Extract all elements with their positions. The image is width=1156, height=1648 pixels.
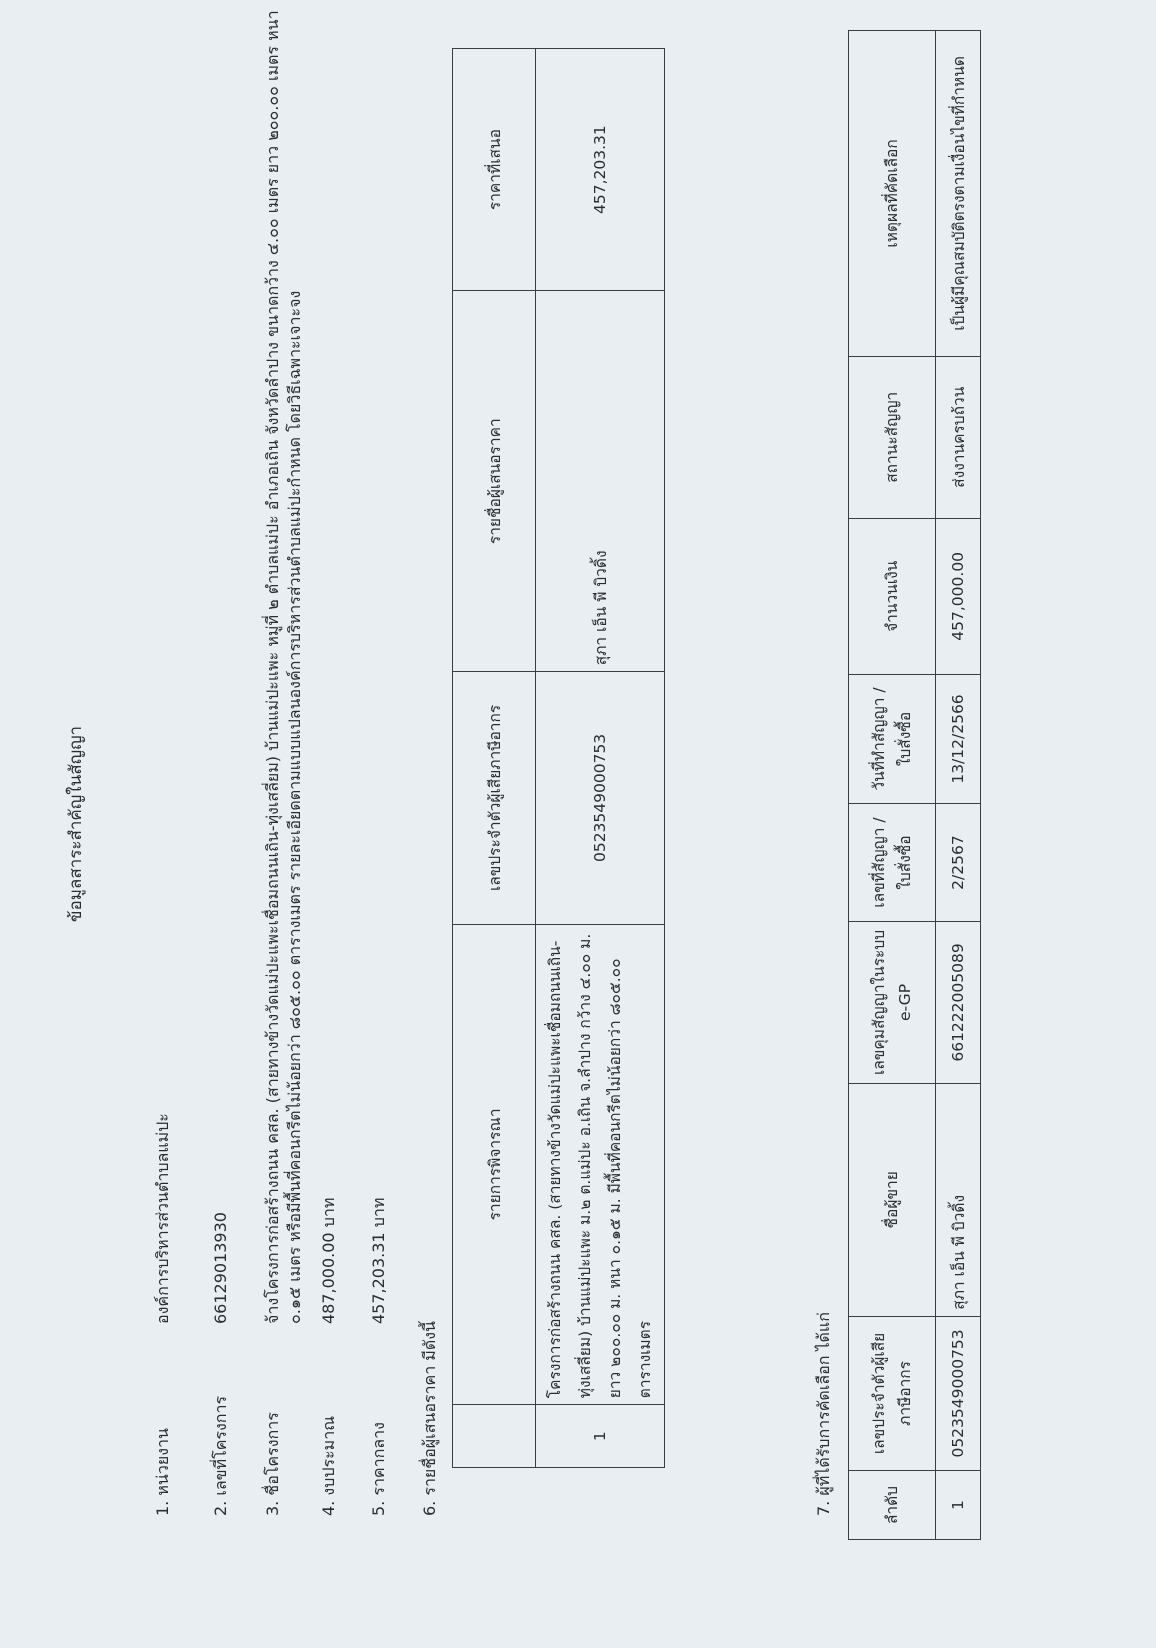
section6-heading: 6. รายชื่อผู้เสนอราคา มีดังนี้ bbox=[418, 1321, 443, 1516]
col-header: ชื่อผู้ขาย bbox=[849, 1083, 936, 1316]
table-row: 1 0523549000753 สุภา เอ็น พี บิวดิ้ง 661… bbox=[936, 31, 981, 1540]
col-header bbox=[453, 1405, 536, 1468]
selected-vendor-table: ลำดับ เลขประจำตัวผู้เสียภาษีอากร ชื่อผู้… bbox=[848, 30, 981, 1540]
cell-index: 1 bbox=[936, 1471, 981, 1540]
cell-vendor-name: สุภา เอ็น พี บิวดิ้ง bbox=[936, 1083, 981, 1316]
info-value: องค์การบริหารส่วนตำบลแม่ปะ bbox=[152, 0, 174, 1324]
section7-heading: 7. ผู้ที่ได้รับการคัดเลือก ได้แก่ bbox=[812, 1312, 837, 1516]
bidders-table: รายการพิจารณา เลขประจำตัวผู้เสียภาษีอากร… bbox=[452, 48, 665, 1468]
col-header: รายการพิจารณา bbox=[453, 924, 536, 1405]
col-header: จำนวนเงิน bbox=[849, 518, 936, 674]
cell-bidder-name: สุภา เอ็น พี บิวดิ้ง bbox=[536, 291, 665, 672]
table-row: 1 โครงการก่อสร้างถนน คสล. (สายทางข้างวัด… bbox=[536, 49, 665, 1468]
col-header: เลขประจำตัวผู้เสียภาษีอากร bbox=[849, 1316, 936, 1470]
cell-bid-price: 457,203.31 bbox=[536, 49, 665, 291]
cell-contract-number: 2/2567 bbox=[936, 804, 981, 922]
table-header-row: รายการพิจารณา เลขประจำตัวผู้เสียภาษีอากร… bbox=[453, 49, 536, 1468]
col-header: เหตุผลที่คัดเลือก bbox=[849, 31, 936, 357]
col-header: ลำดับ bbox=[849, 1471, 936, 1540]
col-header: เลขที่สัญญา / ใบสั่งซื้อ bbox=[849, 804, 936, 922]
cell-description: โครงการก่อสร้างถนน คสล. (สายทางข้างวัดแม… bbox=[536, 924, 665, 1405]
info-label: 1. หน่วยงาน bbox=[152, 1316, 174, 1516]
col-header: เลขประจำตัวผู้เสียภาษีอากร bbox=[453, 672, 536, 924]
cell-contract-date: 13/12/2566 bbox=[936, 675, 981, 804]
cell-contract-status: ส่งงานครบถ้วน bbox=[936, 356, 981, 518]
col-header: สถานะสัญญา bbox=[849, 356, 936, 518]
info-label: 4. งบประมาณ bbox=[318, 1316, 340, 1516]
cell-index: 1 bbox=[536, 1405, 665, 1468]
info-value: 487,000.00 บาท bbox=[318, 0, 340, 1324]
cell-tax-id: 0523549000753 bbox=[936, 1316, 981, 1470]
col-header: ราคาที่เสนอ bbox=[453, 49, 536, 291]
col-header: รายชื่อผู้เสนอราคา bbox=[453, 291, 536, 672]
info-value: 66129013930 bbox=[210, 0, 232, 1324]
table-header-row: ลำดับ เลขประจำตัวผู้เสียภาษีอากร ชื่อผู้… bbox=[849, 31, 936, 1540]
cell-tax-id: 0523549000753 bbox=[536, 672, 665, 924]
info-label: 2. เลขที่โครงการ bbox=[210, 1316, 232, 1516]
info-value: 457,203.31 บาท bbox=[368, 0, 390, 1324]
info-value: จ้างโครงการก่อสร้างถนน คสล. (สายทางข้างว… bbox=[262, 0, 306, 1324]
col-header: เลขคุมสัญญาในระบบ e-GP bbox=[849, 922, 936, 1084]
document-page: ข้อมูลสาระสำคัญในสัญญา 1. หน่วยงาน องค์ก… bbox=[0, 0, 1156, 1648]
cell-amount: 457,000.00 bbox=[936, 518, 981, 674]
cell-egp-number: 661222005089 bbox=[936, 922, 981, 1084]
document-title: ข้อมูลสาระสำคัญในสัญญา bbox=[62, 0, 89, 1648]
info-label: 5. ราคากลาง bbox=[368, 1316, 390, 1516]
col-header: วันที่ทำสัญญา / ใบสั่งซื้อ bbox=[849, 675, 936, 804]
cell-selection-reason: เป็นผู้มีคุณสมบัติตรงตามเงื่อนไขที่กำหนด bbox=[936, 31, 981, 357]
info-label: 3. ชื่อโครงการ bbox=[262, 1316, 284, 1516]
